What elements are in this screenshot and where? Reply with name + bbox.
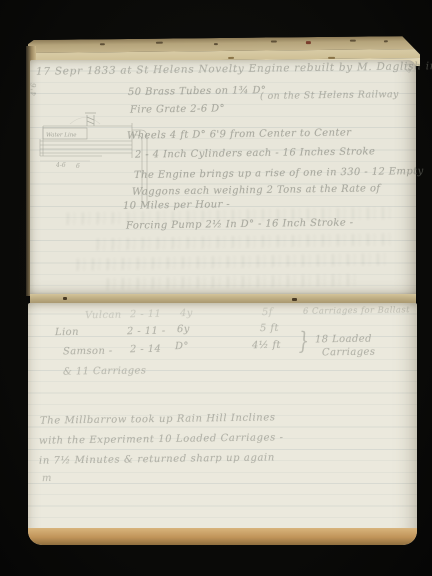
ghost-writing-smudge [70,253,390,271]
edge-speck [100,43,105,45]
bottom-page: Vulcan 2 - 11 4y 5f 6 Carriages for Ball… [28,303,417,545]
page-number: 43 [406,62,413,73]
handwriting-line: ( on the St Helens Railway [260,90,399,101]
table-cell: 2 - 11 - [127,327,166,338]
edge-speck [271,40,277,42]
notebook-photo: 17 Sepr 1833 at St Helens Novelty Engine… [0,0,432,576]
table-cell: 2 - 11 [130,310,161,320]
table-cell: 2 - 14 [130,345,161,355]
top-page: 17 Sepr 1833 at St Helens Novelty Engine… [30,60,416,296]
handwriting-line: 17 Sepr 1833 at St Helens Novelty Engine… [36,61,432,77]
table-cell: 5f [262,308,273,318]
sketch-dim-b: 6 [76,163,80,170]
table-cell: Lion [55,328,79,338]
edge-speck [156,42,163,44]
sketch-dim-a: 4-6 [55,162,66,169]
table-note: 18 Loaded [315,335,372,346]
gutter-speck [63,297,67,300]
table-cell: 5 ft [260,324,279,334]
table-cell: 6y [177,325,190,335]
gutter-speck [292,298,297,301]
table-cell: Samson - [63,347,113,358]
table-cell: & 11 Carriages [63,366,147,377]
table-cell: Vulcan [85,311,122,322]
handwriting-line: The Engine brings up a rise of one in 33… [134,167,424,181]
edge-speck [350,40,356,42]
table-cell: D° [175,342,189,352]
table-cell: 4y [180,309,193,319]
table-note: Carriages [322,348,376,359]
table-cell: 4½ ft [252,341,281,351]
table-brace: } [298,329,310,353]
table-note: 6 Carriages for Ballast [303,306,410,316]
edge-speck [328,57,335,59]
sketch-margin-dim: 4'6 [31,82,38,96]
paragraph-line: in 7½ Minutes & returned sharp up again [39,453,275,466]
handwriting-line: 50 Brass Tubes on 1¾ D° [128,86,266,98]
paragraph-line: The Millbarrow took up Rain Hill Incline… [40,413,276,426]
paragraph-line: m [42,474,52,484]
ghost-writing-smudge [90,233,390,250]
edge-speck [306,41,311,44]
handwriting-line: 2 - 4 Inch Cylinders each - 16 Inches St… [135,147,375,160]
edge-speck [214,43,218,45]
sketch-label: Water Line [46,133,77,139]
ghost-writing-smudge [100,274,360,291]
boiler-sketch: Water Line 4-6 6 [30,108,170,213]
edge-speck [228,57,234,59]
paragraph-line: with the Experiment 10 Loaded Carriages … [39,433,284,446]
gilt-bottom-edge [28,528,417,545]
edge-speck [384,40,388,42]
